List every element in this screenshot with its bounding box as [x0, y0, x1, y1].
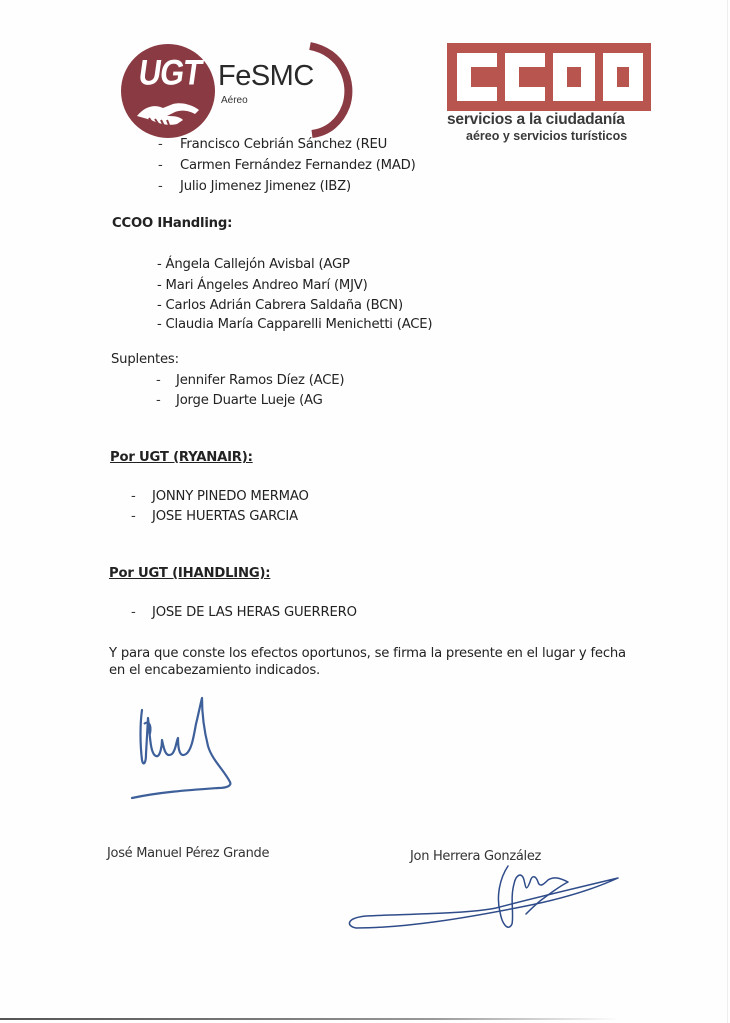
list-marker: -	[156, 393, 161, 408]
list-marker: -	[158, 137, 163, 152]
ugt-emblem: UGT	[121, 44, 215, 138]
list-item: Carmen Fernández Fernandez (MAD)	[180, 158, 416, 173]
list-item: Jennifer Ramos Díez (ACE)	[176, 373, 344, 388]
list-item: - Ángela Callejón Avisbal (AGP	[157, 257, 350, 272]
closing-line: en el encabezamiento indicados.	[109, 663, 320, 678]
list-item: Jorge Duarte Lueje (AG	[176, 393, 323, 408]
signatory-left-name: José Manuel Pérez Grande	[107, 846, 269, 861]
list-item: - Carlos Adrián Cabrera Saldaña (BCN)	[157, 298, 403, 313]
list-marker: -	[131, 489, 136, 504]
list-marker: -	[131, 605, 136, 620]
list-item: JOSE DE LAS HERAS GUERRERO	[152, 605, 357, 620]
list-item: Julio Jimenez Jimenez (IBZ)	[180, 179, 351, 194]
arc-bracket-icon	[290, 42, 360, 138]
section-heading: Por UGT (IHANDLING):	[109, 566, 270, 581]
ccoo-tagline-primary: servicios a la ciudadanía	[447, 111, 625, 129]
section-heading: Por UGT (RYANAIR):	[110, 450, 253, 465]
ccoo-letters-icon	[447, 43, 651, 111]
list-item: JONNY PINEDO MERMAO	[152, 489, 309, 504]
list-marker: -	[156, 373, 161, 388]
page-bottom-edge	[0, 1018, 620, 1020]
signature-left-icon	[126, 694, 246, 802]
handshake-icon	[133, 94, 203, 130]
ugt-emblem-text: UGT	[137, 56, 202, 91]
list-marker: -	[158, 179, 163, 194]
fesmc-subtitle: Aéreo	[221, 95, 248, 106]
substitutes-label: Suplentes:	[111, 352, 179, 367]
list-item: - Claudia María Capparelli Menichetti (A…	[157, 317, 432, 332]
section-heading: CCOO IHandling:	[112, 216, 232, 231]
list-marker: -	[131, 509, 136, 524]
closing-line: Y para que conste los efectos oportunos,…	[109, 646, 626, 661]
document-page: UGT FeSMC Aéreo servicios a	[0, 0, 730, 1023]
list-item: JOSE HUERTAS GARCIA	[152, 509, 298, 524]
list-marker: -	[158, 158, 163, 173]
ccoo-tagline-secondary: aéreo y servicios turísticos	[466, 129, 627, 143]
list-item: - Mari Ángeles Andreo Marí (MJV)	[157, 278, 368, 293]
page-right-edge	[727, 0, 728, 1023]
list-item: Francisco Cebrián Sánchez (REU	[180, 137, 387, 152]
ccoo-emblem	[447, 43, 651, 111]
signature-right-icon	[346, 858, 626, 934]
